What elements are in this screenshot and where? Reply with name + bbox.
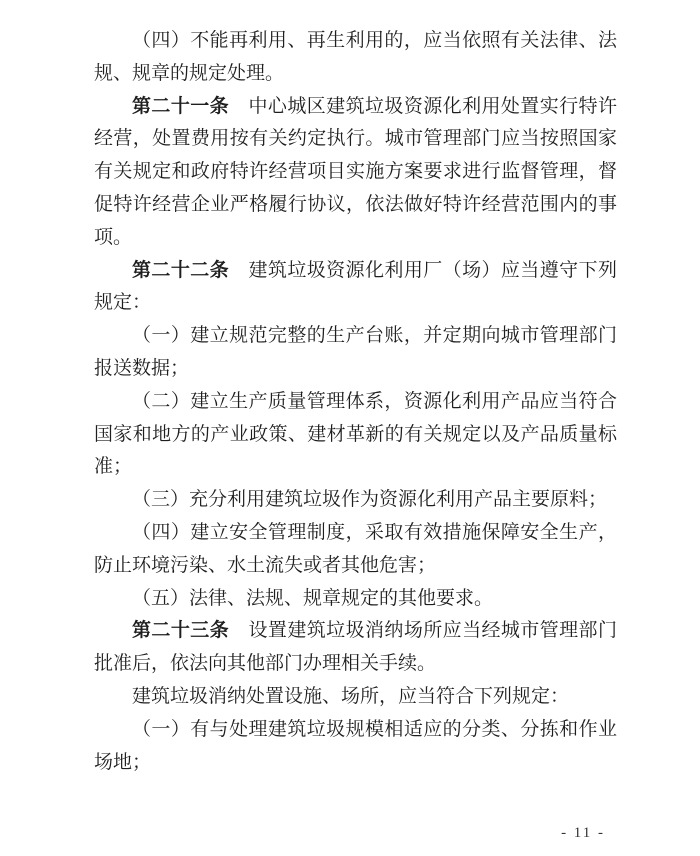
article-22-item-2-text: （二）建立生产质量管理体系，资源化利用产品应当符合国家和地方的产业政策、建材革新… (94, 391, 617, 478)
article-22-item-4-text: （四）建立安全管理制度，采取有效措施保障安全生产，防止环境污染、水土流失或者其他… (94, 522, 617, 576)
paragraph-article-22-item-5: （五）法律、法规、规章规定的其他要求。 (94, 583, 617, 616)
paragraph-article-22-item-3: （三）充分利用建筑垃圾作为资源化利用产品主要原料； (94, 484, 617, 517)
paragraph-article-21: 第二十一条 中心城区建筑垃圾资源化利用处置实行特许经营，处置费用按有关约定执行。… (94, 91, 617, 255)
paragraph-clause-4: （四）不能再利用、再生利用的，应当依照有关法律、法规、规章的规定处理。 (94, 25, 617, 91)
article-23-number: 第二十三条 (132, 620, 229, 641)
paragraph-article-22-item-2: （二）建立生产质量管理体系，资源化利用产品应当符合国家和地方的产业政策、建材革新… (94, 386, 617, 484)
paragraph-article-23-facilities-intro: 建筑垃圾消纳处置设施、场所，应当符合下列规定： (94, 681, 617, 714)
paragraph-article-22-item-4: （四）建立安全管理制度，采取有效措施保障安全生产，防止环境污染、水土流失或者其他… (94, 517, 617, 583)
clause-4-text: （四）不能再利用、再生利用的，应当依照有关法律、法规、规章的规定处理。 (94, 30, 617, 84)
paragraph-article-23: 第二十三条 设置建筑垃圾消纳场所应当经城市管理部门批准后，依法向其他部门办理相关… (94, 615, 617, 681)
article-22-item-5-text: （五）法律、法规、规章规定的其他要求。 (132, 588, 493, 609)
document-page: （四）不能再利用、再生利用的，应当依照有关法律、法规、规章的规定处理。 第二十一… (0, 0, 700, 856)
article-21-body: 中心城区建筑垃圾资源化利用处置实行特许经营，处置费用按有关约定执行。城市管理部门… (94, 96, 617, 248)
article-22-item-1-text: （一）建立规范完整的生产台账，并定期向城市管理部门报送数据； (94, 325, 617, 379)
article-23-item-1-text: （一）有与处理建筑垃圾规模相适应的分类、分拣和作业场地； (94, 719, 617, 773)
paragraph-article-22: 第二十二条 建筑垃圾资源化利用厂（场）应当遵守下列规定： (94, 255, 617, 321)
paragraph-article-22-item-1: （一）建立规范完整的生产台账，并定期向城市管理部门报送数据； (94, 320, 617, 386)
article-22-item-3-text: （三）充分利用建筑垃圾作为资源化利用产品主要原料； (132, 489, 607, 510)
article-22-number: 第二十二条 (132, 260, 229, 281)
article-21-number: 第二十一条 (132, 96, 229, 117)
article-23-facilities-intro-text: 建筑垃圾消纳处置设施、场所，应当符合下列规定： (132, 686, 569, 707)
page-number: - 11 - (561, 825, 605, 842)
document-body: （四）不能再利用、再生利用的，应当依照有关法律、法规、规章的规定处理。 第二十一… (94, 25, 617, 779)
paragraph-article-23-item-1: （一）有与处理建筑垃圾规模相适应的分类、分拣和作业场地； (94, 714, 617, 780)
